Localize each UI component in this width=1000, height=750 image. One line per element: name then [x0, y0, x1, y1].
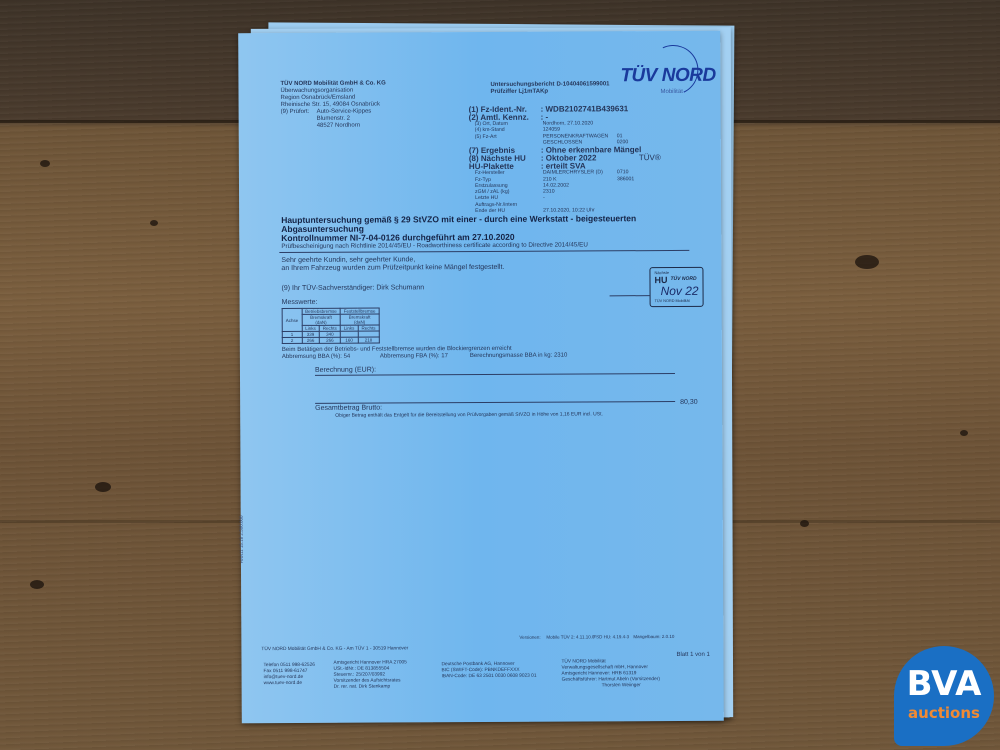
report-number: D-10404061599001: [556, 81, 609, 88]
version: Mobile TÜV 2: 4.11.10.0: [546, 633, 594, 640]
field-code: 386001: [617, 176, 634, 183]
version: Mangelbaum: 2.0.10: [633, 633, 674, 640]
footer-line: IBAN-Code: DE 63 2501 0030 0608 9023 01: [442, 674, 537, 680]
wood-knot: [30, 580, 44, 589]
signature: [609, 275, 649, 296]
wood-knot: [800, 520, 809, 527]
pruefziffer: Prüfziffer Lj1mTAKp: [490, 89, 548, 96]
directive-line: Prüfbescheinigung nach Richtlinie 2014/4…: [281, 241, 588, 250]
masse: Berechnungsmasse BBA in kg: 2310: [470, 353, 567, 361]
th-betrieb: Betriebsbremse: [302, 308, 341, 314]
footer-address: TÜV NORD Mobilität GmbH & Co. KG - Am TÜ…: [261, 645, 408, 653]
footer-line: Dr. rer. nat. Dirk Stenkamp: [334, 684, 407, 690]
pruefort-label: (9) Prüfort:: [281, 109, 310, 116]
th-kraft: Bremskraft(daN): [340, 314, 379, 325]
bva-logo-text: BVA: [894, 664, 994, 704]
wood-knot: [150, 220, 158, 226]
wood-knot: [960, 430, 968, 436]
stamp-text: TÜV NORD: [670, 276, 696, 282]
greeting: an Ihrem Fahrzeug wurden zum Prüfzeitpun…: [281, 264, 504, 273]
stamp-date: Nov 22: [661, 284, 699, 298]
footer-company: TÜV NORD MobilitätVerwaltungsgesellschaf…: [561, 659, 660, 690]
footer-bank: Deutsche Postbank AG, HannoverBIC (SWIFT…: [441, 662, 536, 680]
th-fest: Feststellbremse: [340, 308, 379, 314]
table-row: 2266266160218: [282, 337, 379, 344]
inspection-report-page: TÜV NORD Mobilität GmbH & Co. KG Überwac…: [238, 31, 724, 724]
bva-logo-subtext: auctions: [894, 704, 994, 722]
measurements-title: Messwerte:: [282, 299, 318, 307]
table-cell: 2: [282, 337, 302, 343]
version: FSD HU: 4.19.4-3: [593, 633, 629, 640]
versions-label: Versionen:: [519, 634, 540, 641]
total-value: 80,30: [680, 399, 698, 407]
divider: [315, 401, 675, 404]
bva-auctions-watermark: BVA auctions: [894, 646, 994, 746]
footer-line: Thorsten Weiinger: [562, 683, 660, 690]
page-number: Blatt 1 von 1: [676, 652, 709, 659]
footer-line[interactable]: www.tuev-nord.de: [264, 681, 315, 687]
stamp-text: TÜV NORD Mobilität: [655, 299, 690, 303]
wood-knot: [40, 160, 50, 167]
tuv-nord-logo: TÜV NORD: [620, 65, 715, 87]
pruefort-line: 48527 Nordhorn: [317, 123, 360, 130]
th-kraft: Bremskraft(daN): [302, 314, 341, 325]
footer-register: Amtsgericht Hannover HRA 27005USt.-IdNr.…: [333, 660, 406, 690]
fba: Abbremsung FBA (%): 17: [380, 353, 448, 360]
field-label: (5) Fz-Art: [475, 134, 497, 141]
hu-stamp: Nächste HU TÜV NORD Nov 22 TÜV NORD Mobi…: [649, 267, 703, 307]
th-achse: Achse: [282, 308, 302, 331]
table-cell: 266: [319, 337, 340, 343]
table-cell: 160: [340, 337, 358, 343]
inspector: (9) Ihr TÜV-Sachverständiger: Dirk Schum…: [282, 284, 425, 293]
tuv-nord-logo-sub: Mobilität: [660, 89, 682, 95]
measurements-table: Achse Betriebsbremse Feststellbremse Bre…: [282, 308, 380, 345]
billing-note: Obiger Betrag enthält das Entgelt für di…: [335, 411, 603, 419]
bba: Abbremsung BBA (%): 54: [282, 354, 350, 361]
wood-knot: [855, 255, 879, 269]
table-cell: 266: [302, 337, 320, 343]
footer-contact: Telefon 0511 998-62526Fax 0511 998-61747…: [263, 663, 315, 687]
tuv-mark: TÜV®: [639, 154, 661, 161]
divider: [279, 250, 689, 253]
table-cell: 218: [358, 337, 379, 343]
wood-knot: [95, 482, 111, 492]
field-value: -: [543, 195, 545, 202]
field-value: : WDB2102741B439631: [541, 104, 629, 113]
side-code: HAA11 15.18 2.500.000: [239, 516, 244, 564]
